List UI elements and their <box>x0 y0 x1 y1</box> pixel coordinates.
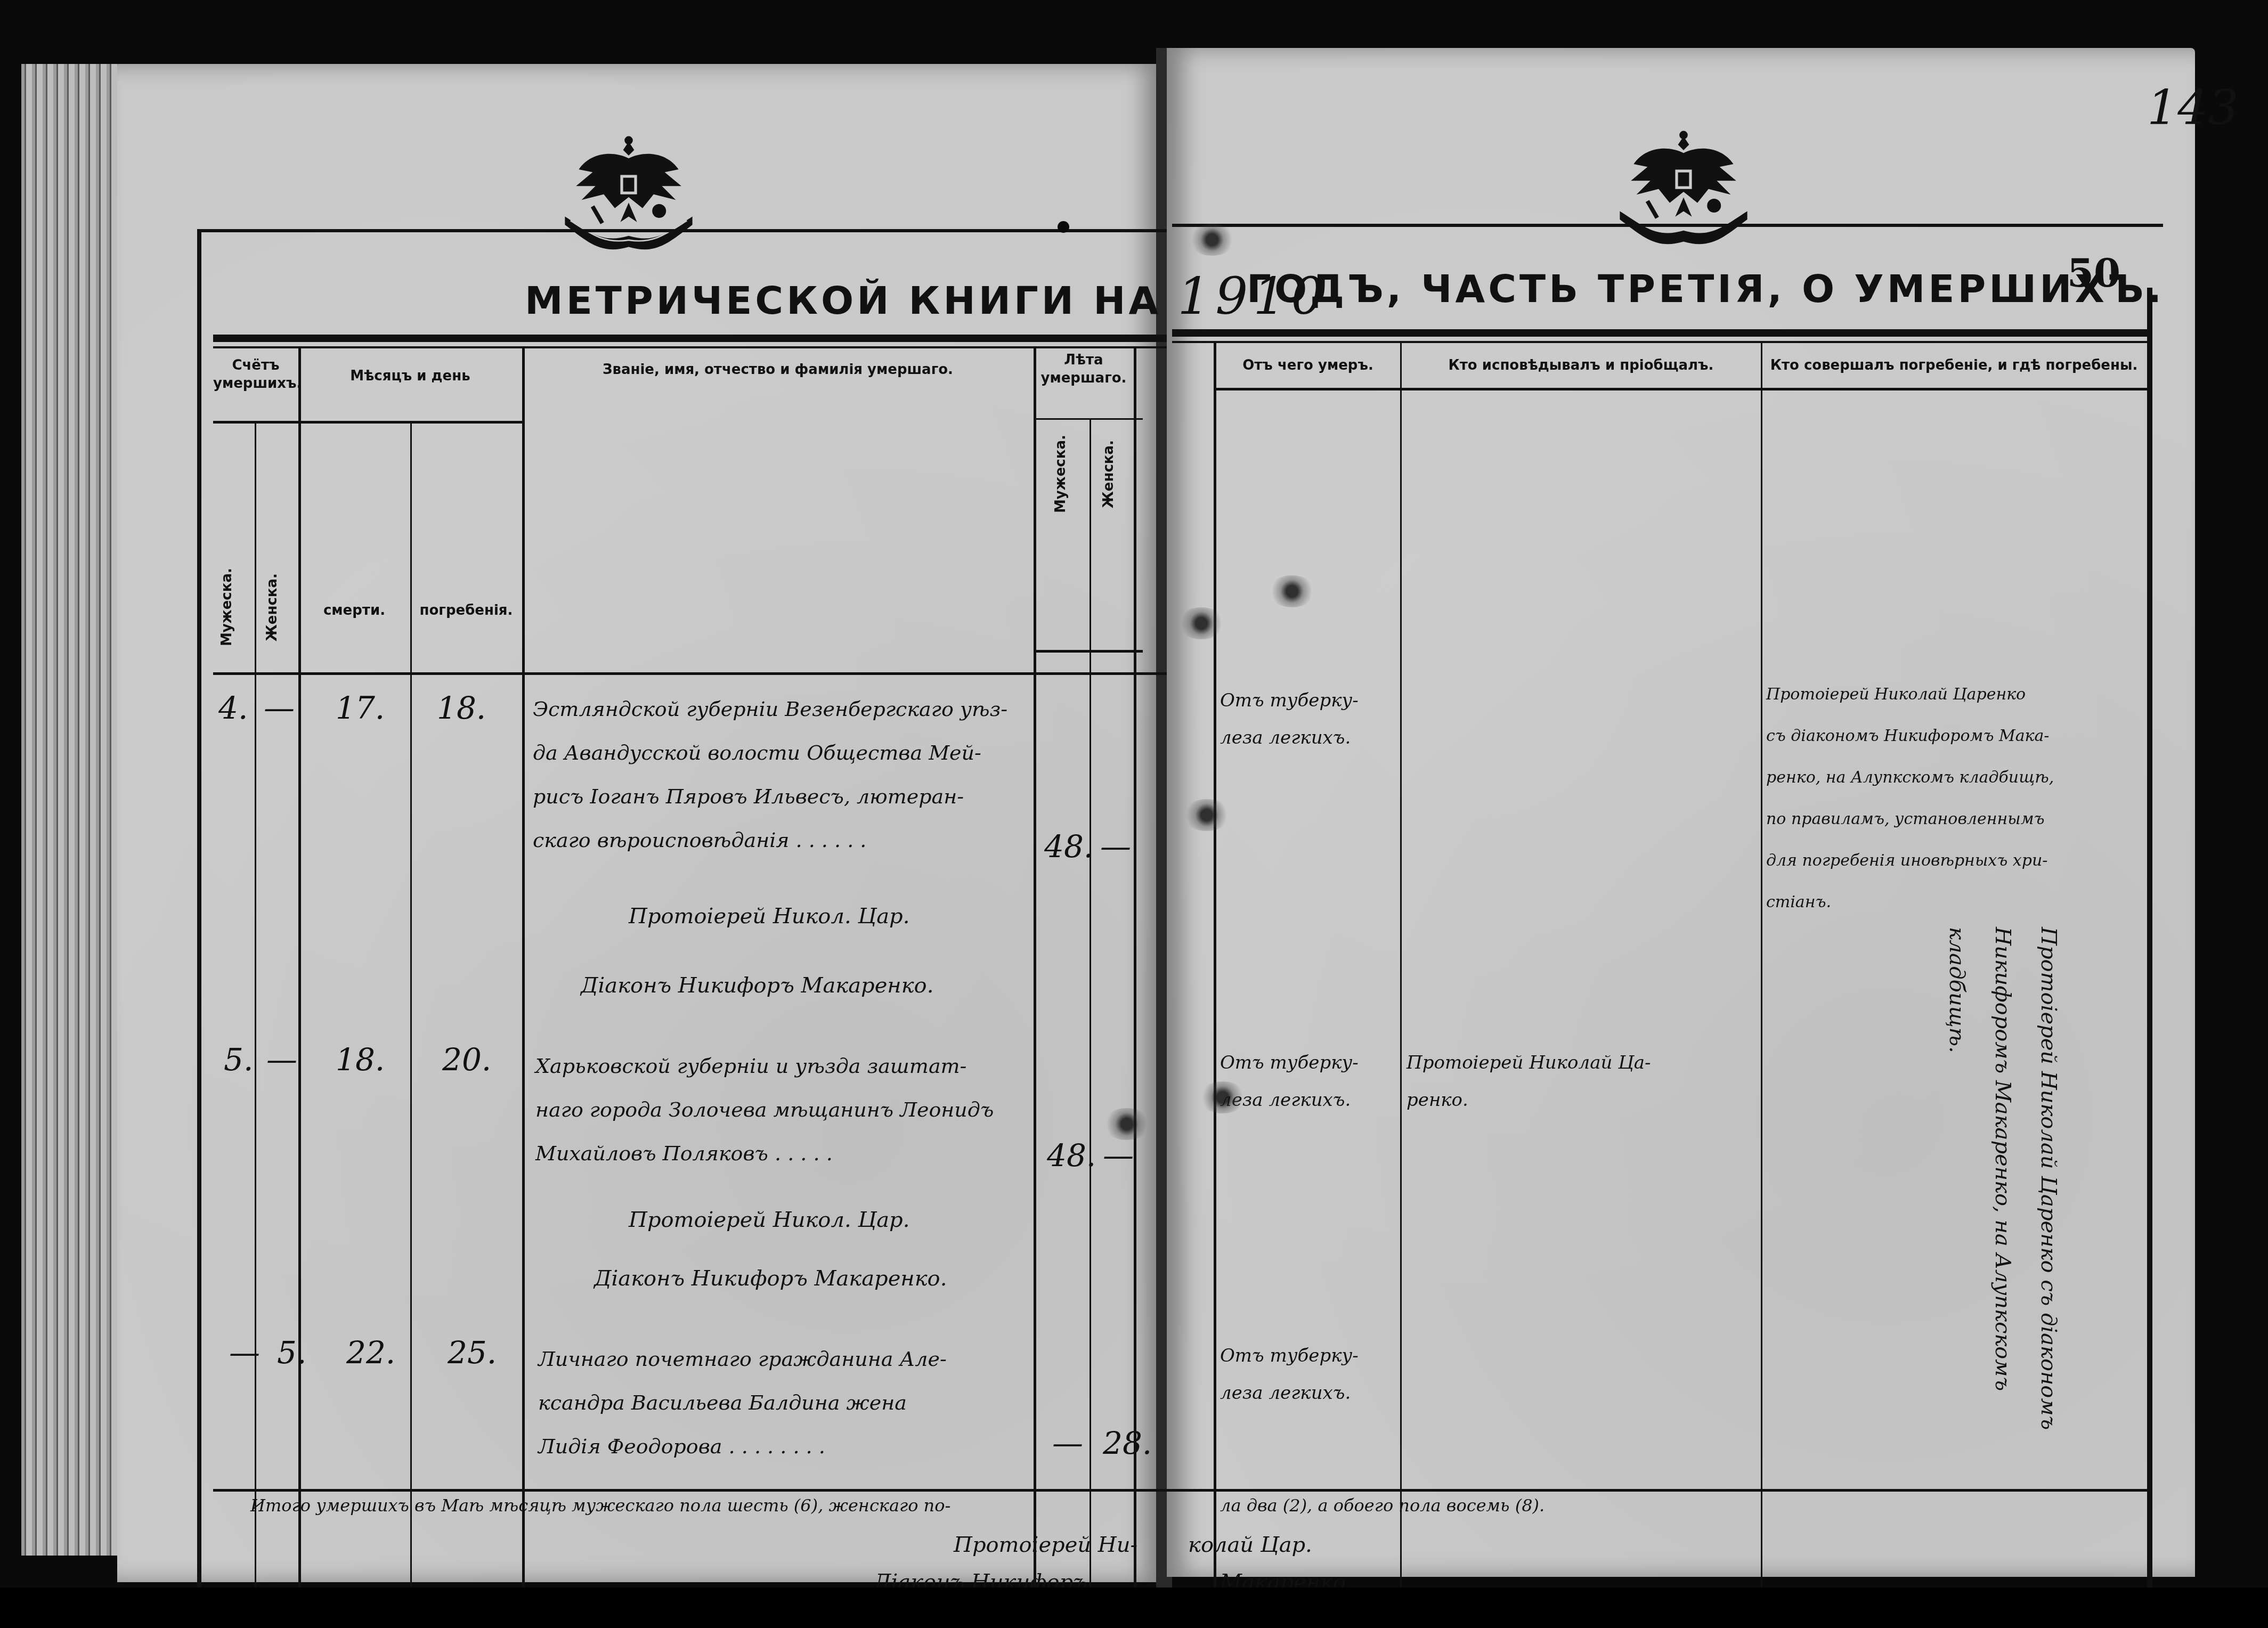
header-rule-left-thin <box>213 346 1167 348</box>
frame-top-left <box>197 229 1167 232</box>
summary-priest-sig-right: колай Цар. <box>1188 1534 1312 1556</box>
ink-smudge <box>1183 799 1231 831</box>
header-cause: Отъ чего умеръ. <box>1215 357 1401 375</box>
deceased-description: Эстляндской губерніи Везенбергскаго уѣз-… <box>533 687 1007 862</box>
summary-text-right: ла два (2), а обоего пола восемь (8). <box>1220 1497 1544 1514</box>
frame-left <box>197 229 201 1588</box>
header-date: Мѣсяцъ и день <box>298 368 522 386</box>
col-line-6 <box>1090 418 1091 1588</box>
age-male: 48. <box>1044 831 1093 862</box>
col-line-9 <box>1400 341 1402 1588</box>
burial-day: 25. <box>448 1337 497 1368</box>
col-line-7 <box>1134 346 1136 1588</box>
ink-smudge <box>1177 607 1225 639</box>
summary-text-left: Итого умершихъ въ Маѣ мѣсяцѣ мужескаго п… <box>250 1497 950 1514</box>
title-right: ГОДЪ, ЧАСТЬ ТРЕТІЯ, О УМЕРШИХЪ. <box>1247 266 2165 311</box>
header-rule-left <box>213 335 1167 342</box>
confessor: Протоіерей Николай Ца- ренко. <box>1407 1044 1651 1119</box>
age-male: — <box>1052 1428 1083 1459</box>
death-day: 17. <box>336 693 385 723</box>
frame-top-right <box>1172 224 2163 227</box>
summary-rule <box>213 1489 2147 1492</box>
scan-bottom-shadow <box>0 1588 2268 1628</box>
header-count-female: Женска. <box>264 559 282 655</box>
ink-smudge <box>1268 575 1316 607</box>
folio-number: 143 <box>2147 80 2239 136</box>
scanned-book-spread: 143 50 МЕТРИЧЕСКОЙ КНИГИ НА1910 ГОДЪ, ЧА… <box>0 0 2268 1628</box>
header-date-death: смерти. <box>298 602 410 620</box>
header-burial: Кто совершалъ погребеніе, и гдѣ погребен… <box>1761 357 2147 375</box>
col-line-3 <box>410 421 412 1588</box>
male-count: 5. <box>224 1044 253 1075</box>
death-day: 18. <box>336 1044 385 1075</box>
summary-priest-sig-left: Протоіерей Ни- <box>954 1534 1137 1556</box>
age-female: — <box>1103 1140 1134 1171</box>
header-bottom-rule-right <box>1215 388 2147 390</box>
col-line-5 <box>1034 346 1036 1588</box>
age-male: 48. <box>1047 1140 1096 1171</box>
double-headed-eagle-emblem-right <box>1614 128 1753 256</box>
female-count: 5. <box>277 1337 306 1368</box>
burial-performed-by: Протоіерей Николай Царенко съ діакономъ … <box>1766 674 2054 923</box>
male-count: — <box>229 1337 260 1368</box>
header-rule-right <box>1172 329 2152 337</box>
frame-right <box>2147 288 2152 1588</box>
header-date-burial: погребенія. <box>410 602 522 620</box>
header-count: Счётъ умершихъ. <box>213 346 298 421</box>
deceased-description: Харьковской губерніи и уѣзда заштат- наг… <box>535 1044 994 1175</box>
male-count: 4. <box>218 693 248 723</box>
title-left: МЕТРИЧЕСКОЙ КНИГИ НА1910 <box>525 266 1329 326</box>
cause-of-death: Отъ туберку- леза легкихъ. <box>1220 1337 1359 1412</box>
col-line-1 <box>255 421 256 1588</box>
col-line-10 <box>1761 341 1762 1588</box>
death-day: 22. <box>346 1337 395 1368</box>
burial-day: 20. <box>442 1044 491 1075</box>
female-count: — <box>266 1044 297 1075</box>
burial-day: 18. <box>437 693 486 723</box>
header-age-female: Женска. <box>1100 426 1118 522</box>
subheader-rule <box>213 421 522 424</box>
ink-smudge <box>1103 1108 1151 1140</box>
header-name: Званіе, имя, отчество и фамилія умершаго… <box>522 361 1034 379</box>
col-line-2 <box>298 346 301 1588</box>
header-bottom-rule-left <box>213 672 1167 675</box>
double-headed-eagle-emblem-left <box>559 133 698 261</box>
header-rule-right-thin <box>1172 341 2152 343</box>
deceased-description: Личнаго почетнаго гражданина Але- ксандр… <box>538 1337 947 1468</box>
ink-smudge <box>1199 1081 1247 1113</box>
col-line-8 <box>1214 341 1216 1588</box>
priest-signature: Протоіерей Никол. Цар. <box>629 906 909 927</box>
header-age: Лѣта умершаго. <box>1034 352 1134 388</box>
female-count: — <box>264 693 295 723</box>
priest-signature: Протоіерей Никол. Цар. <box>629 1209 909 1231</box>
age-female: — <box>1100 831 1131 862</box>
header-age-male: Мужеска. <box>1052 426 1070 522</box>
binding-hole <box>1058 221 1069 233</box>
deacon-signature: Діаконъ Никифоръ Макаренко. <box>594 1268 947 1289</box>
header-confessor: Кто исповѣдывалъ и пріобщалъ. <box>1401 357 1761 375</box>
ink-smudge <box>1188 224 1236 256</box>
age-female: 28. <box>1103 1428 1152 1459</box>
col-line-4 <box>522 346 525 1588</box>
page-edges <box>21 64 128 1556</box>
title-left-text: МЕТРИЧЕСКОЙ КНИГИ НА <box>525 278 1161 323</box>
vertical-burial-note: Протоіерей Николай Царенко съ діакономъ … <box>1934 927 2071 1486</box>
header-count-male: Мужеска. <box>218 559 237 655</box>
deacon-signature: Діаконъ Никифоръ Макаренко. <box>581 975 933 996</box>
cause-of-death: Отъ туберку- леза легкихъ. <box>1220 682 1359 756</box>
